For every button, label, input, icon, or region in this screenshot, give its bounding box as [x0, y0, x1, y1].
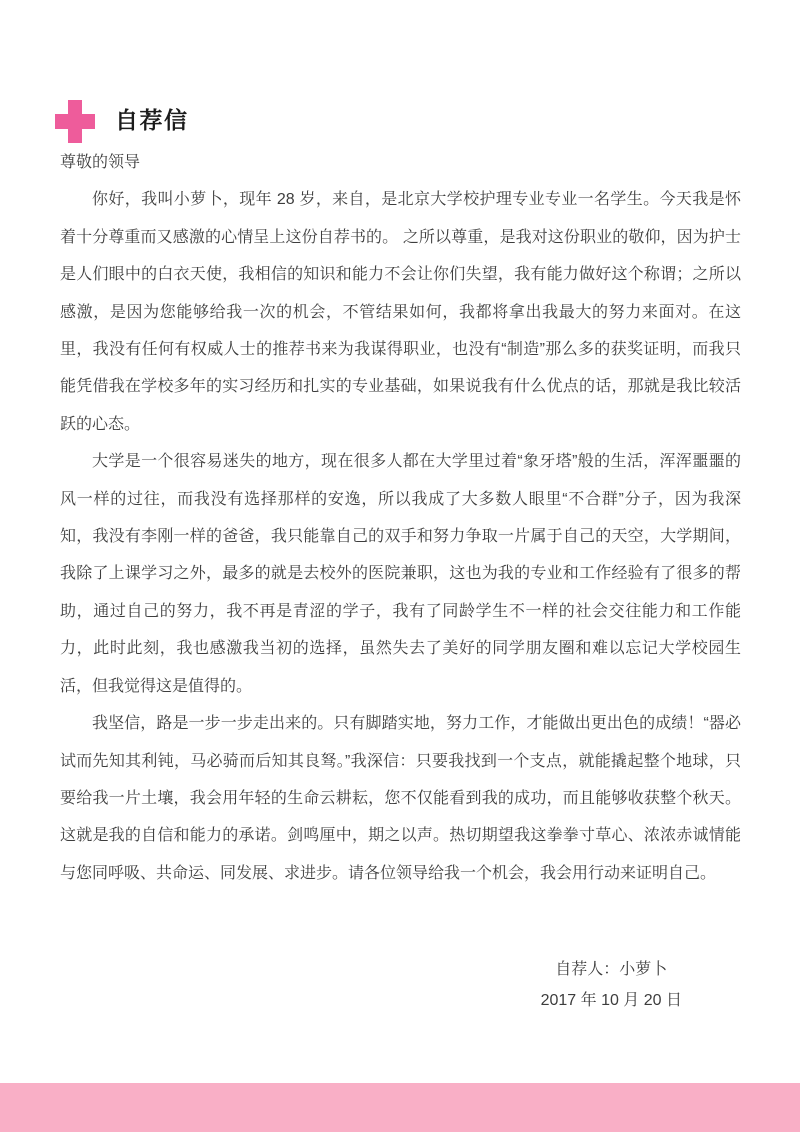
signature-date: 2017 年 10 月 20 日	[541, 985, 682, 1016]
title-block: 自荐信	[55, 94, 189, 143]
signature-signer: 自荐人：小萝卜	[541, 954, 682, 985]
footer-pink-bar	[0, 1083, 800, 1132]
signature-block: 自荐人：小萝卜 2017 年 10 月 20 日	[541, 954, 682, 1016]
letter-paragraph-3: 我坚信，路是一步一步走出来的。只有脚踏实地，努力工作，才能做出更出色的成绩！“器…	[60, 705, 741, 892]
letter-body: 尊敬的领导 你好，我叫小萝卜，现年 28 岁，来自，是北京大学校护理专业专业一名…	[60, 144, 741, 892]
document-page: 自荐信 尊敬的领导 你好，我叫小萝卜，现年 28 岁，来自，是北京大学校护理专业…	[0, 0, 800, 1132]
letter-paragraph-1: 你好，我叫小萝卜，现年 28 岁，来自，是北京大学校护理专业专业一名学生。今天我…	[60, 181, 741, 443]
letter-paragraph-2: 大学是一个很容易迷失的地方，现在很多人都在大学里过着“象牙塔”般的生活，浑浑噩噩…	[60, 443, 741, 705]
medical-cross-icon	[55, 100, 95, 143]
page-title: 自荐信	[115, 102, 189, 135]
salutation: 尊敬的领导	[60, 144, 741, 181]
